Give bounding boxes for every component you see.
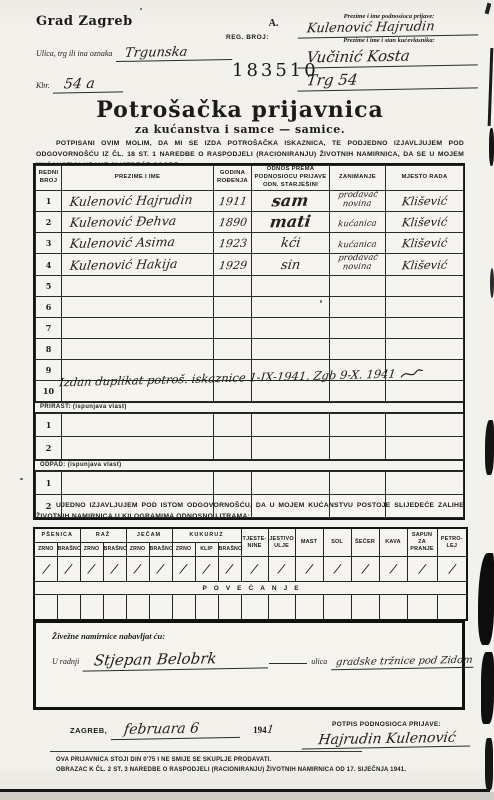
col-jestivo-ulje: JESTIVO ULJE (268, 528, 295, 557)
row-number: 7 (36, 317, 62, 338)
col-kava: KAVA (379, 528, 407, 557)
row-number: 1 (36, 413, 62, 436)
paraph-mark (399, 368, 424, 381)
procurement-box: Živežne namirnice nabavljat ću: U radnji… (33, 620, 465, 710)
supplies-table: PŠENICA RAŽ JEČAM KUKURUZ TJESTE-NINE JE… (33, 527, 468, 621)
povecanje-label: POVEĆANJE (34, 582, 467, 595)
birth-year-handwritten: 1929 (218, 258, 248, 271)
table-row: 1 (36, 471, 464, 494)
table-row: 8 (36, 338, 464, 359)
row-number: 6 (36, 296, 62, 317)
row-number: 5 (36, 275, 62, 296)
table-row: 1 (36, 413, 464, 436)
row-number: 10 (36, 380, 62, 401)
form-title: Potrošačka prijavnica (0, 97, 480, 123)
col-prezime-ime: PREZIME I IME (62, 166, 214, 191)
scan-artifact (489, 128, 494, 166)
stock-mark: / (389, 562, 396, 578)
shop-street-handwritten: gradske tržnice pod Zidom (331, 655, 475, 670)
stock-mark: / (305, 562, 312, 578)
occupation-handwritten: prodavač novina (331, 191, 384, 211)
owner-name-handwritten: Vučinić Kosta (297, 42, 480, 68)
col-secer: ŠEĆER (351, 528, 379, 557)
table-row: 2 (36, 436, 464, 459)
col-odnos: ODNOS PREMA PODNOSIOCU PRIJAVE ODN. STAR… (252, 166, 330, 191)
fineprint: OVA PRIJAVNICA STOJI DIN 0'75 I NE SMIJE… (56, 755, 426, 775)
year-digit-handwritten: 1 (266, 723, 275, 736)
scan-artifact (490, 268, 494, 298)
supplies-group-header-row: PŠENICA RAŽ JEČAM KUKURUZ TJESTE-NINE JE… (34, 528, 467, 543)
blank-rule (269, 649, 307, 664)
stock-mark: / (203, 562, 210, 578)
shop-label: U radnji (52, 657, 79, 666)
city-title: Grad Zagreb (36, 14, 246, 29)
table-row: 6 (36, 296, 464, 317)
relation-handwritten: mati (269, 212, 312, 232)
kbr-line: Kbr. 54 a (36, 75, 246, 93)
table-row: 5 (36, 275, 464, 296)
row-number: 2 (36, 212, 62, 233)
stock-marks-row: / / / / / / / / / / / / / / / / / (34, 557, 467, 582)
sub-zrno: ZRNO (172, 543, 195, 557)
occupation-handwritten: kućanica (338, 220, 378, 230)
scan-artifact (485, 420, 494, 475)
workplace-handwritten: Klišević (401, 194, 448, 209)
date-handwritten: februara 6 (110, 720, 242, 740)
stock-mark: / (333, 562, 340, 578)
relation-handwritten: sin (280, 257, 301, 272)
scan-edge-bottom (0, 789, 490, 792)
sub-brasno: BRAŠNO (149, 543, 172, 557)
col-redni-broj: REDNI BROJ (36, 166, 62, 191)
stock-mark: / (180, 562, 187, 578)
odpad-section-label: ODPAD: (ispunjava vlast) (35, 460, 463, 471)
scan-speck (20, 478, 23, 480)
workplace-handwritten: Klišević (401, 236, 448, 251)
stock-mark: / (157, 562, 164, 578)
fineprint-line-2: OBRAZAC K ČL. 2 ST. 3 NAREDBE O RASPODJE… (56, 765, 426, 775)
table-row: 4 Kulenović Hakija 1929 sin prodavač nov… (36, 254, 464, 275)
row-number: 4 (36, 254, 62, 275)
procurement-line: U radnji Stjepan Belobrk ulica gradske t… (52, 649, 452, 670)
prirast-table: 1 2 (35, 413, 464, 460)
scan-speck (140, 8, 142, 10)
stock-mark: / (134, 562, 141, 578)
workplace-handwritten: Klišević (401, 215, 448, 230)
kbr-value-handwritten: 54 a (53, 75, 125, 93)
col-jecam: JEČAM (126, 528, 172, 543)
stock-mark: / (226, 562, 233, 578)
date-line: ZAGREB, februara 6 1941 (70, 720, 274, 739)
scan-artifact (478, 553, 494, 645)
year-printed: 194 (253, 725, 267, 735)
kbr-label: Kbr. (36, 81, 50, 90)
stock-mark: / (88, 562, 95, 578)
row-number: 9 (36, 359, 62, 380)
povecanje-row: POVEĆANJE (34, 582, 467, 595)
col-kukuruz: KUKURUZ (172, 528, 241, 543)
col-mjesto-rada: MJESTO RADA (386, 166, 464, 191)
relation-handwritten: sam (271, 191, 310, 211)
prirast-section-label: PRIRAST: (ispunjava vlast) (35, 402, 463, 413)
table-row: 2 Kulenović Đehva 1890 mati kućanica Kli… (36, 212, 464, 233)
col-sapun: SAPUN ZA PRANJE (407, 528, 437, 557)
stock-mark: / (418, 562, 425, 578)
stock-mark: / (278, 562, 285, 578)
member-name-handwritten: Kulenović Hakija (63, 256, 178, 273)
stock-mark: / (42, 562, 49, 578)
sub-zrno: ZRNO (34, 543, 57, 557)
form-subtitle: za kućanstva i samce — samice. (0, 123, 480, 136)
stock-mark: / (361, 562, 368, 578)
scan-shadow-bottom (0, 792, 494, 800)
header-left: Grad Zagreb Ulica, trg ili ina oznaka Tr… (36, 14, 246, 93)
sub-zrno: ZRNO (80, 543, 103, 557)
signature-label: POTPIS PODNOSIOCA PRIJAVE: (332, 721, 472, 728)
member-name-handwritten: Kulenović Đehva (63, 213, 177, 230)
sub-klip: KLIP (195, 543, 218, 557)
birth-year-handwritten: 1911 (218, 195, 248, 208)
scan-artifact (481, 652, 494, 724)
household-block: REDNI BROJ PREZIME I IME GODINA ROĐENJA … (33, 163, 465, 520)
sub-zrno: ZRNO (126, 543, 149, 557)
sub-brasno: BRAŠNO (103, 543, 126, 557)
scan-artifact (485, 3, 492, 15)
occupation-handwritten: kućanica (338, 241, 378, 251)
col-petrolej: PETRO-LEJ (437, 528, 467, 557)
birth-year-handwritten: 1923 (218, 237, 248, 250)
household-header-row: REDNI BROJ PREZIME I IME GODINA ROĐENJA … (36, 166, 464, 191)
fineprint-line-1: OVA PRIJAVNICA STOJI DIN 0'75 I NE SMIJE… (56, 755, 426, 765)
fineprint-rule (50, 751, 362, 752)
birth-year-handwritten: 1890 (218, 216, 248, 229)
sub-brasno: BRAŠNO (218, 543, 241, 557)
stock-mark: / (448, 562, 455, 578)
workplace-handwritten: Klišević (401, 257, 448, 272)
street-label: Ulica, trg ili ina oznaka (36, 49, 112, 58)
place-label: ZAGREB, (70, 726, 107, 735)
row-number: 1 (36, 191, 62, 212)
col-godina: GODINA ROĐENJA (214, 166, 252, 191)
owner-address-handwritten: Trg 54 (297, 65, 480, 91)
procurement-heading: Živežne namirnice nabavljat ću: (52, 631, 165, 641)
sub-brasno: BRAŠNO (57, 543, 80, 557)
row-number: 1 (36, 471, 62, 494)
applicant-name-handwritten: Kulenović Hajrudin (298, 18, 481, 38)
member-name-handwritten: Kulenović Hajrudin (63, 192, 194, 209)
shop-name-handwritten: Stjepan Belobrk (82, 648, 270, 671)
stock-mark: / (251, 562, 258, 578)
povecanje-entry-row (34, 595, 467, 621)
row-number: 3 (36, 233, 62, 254)
col-tjestenine: TJESTE-NINE (241, 528, 268, 557)
table-row: 3 Kulenović Asima 1923 kći kućanica Kliš… (36, 233, 464, 254)
street-line: Ulica, trg ili ina oznaka Trgunska (36, 43, 246, 61)
stock-mark: / (111, 562, 118, 578)
header-right: Prezime i ime podnosioca prijave: Kuleno… (299, 13, 479, 90)
row-number: 8 (36, 338, 62, 359)
table-row: 7 (36, 317, 464, 338)
scan-artifact (485, 738, 493, 790)
col-raz: RAŽ (80, 528, 126, 543)
signature-handwritten: Hajrudin Kulenović (302, 730, 472, 750)
table-row: 1 Kulenović Hajrudin 1911 sam prodavač n… (36, 191, 464, 212)
document-sheet: Grad Zagreb Ulica, trg ili ina oznaka Tr… (0, 0, 494, 800)
row-number: 2 (36, 436, 62, 459)
stock-mark: / (65, 562, 72, 578)
street2-label: ulica (311, 657, 327, 666)
col-sol: SOL (323, 528, 351, 557)
col-psenica: PŠENICA (34, 528, 80, 543)
supplies-paragraph: UJEDNO IZJAVLJUJEM POD ISTOM ODGOVORNOŠĆ… (36, 501, 464, 523)
col-mast: MAST (295, 528, 323, 557)
col-zanimanje: ZANIMANJE (330, 166, 386, 191)
relation-handwritten: kći (280, 236, 301, 251)
member-name-handwritten: Kulenović Asima (63, 234, 176, 251)
street-value-handwritten: Trgunska (116, 44, 234, 62)
occupation-handwritten: prodavač novina (331, 254, 384, 274)
scan-artifact (488, 48, 494, 126)
